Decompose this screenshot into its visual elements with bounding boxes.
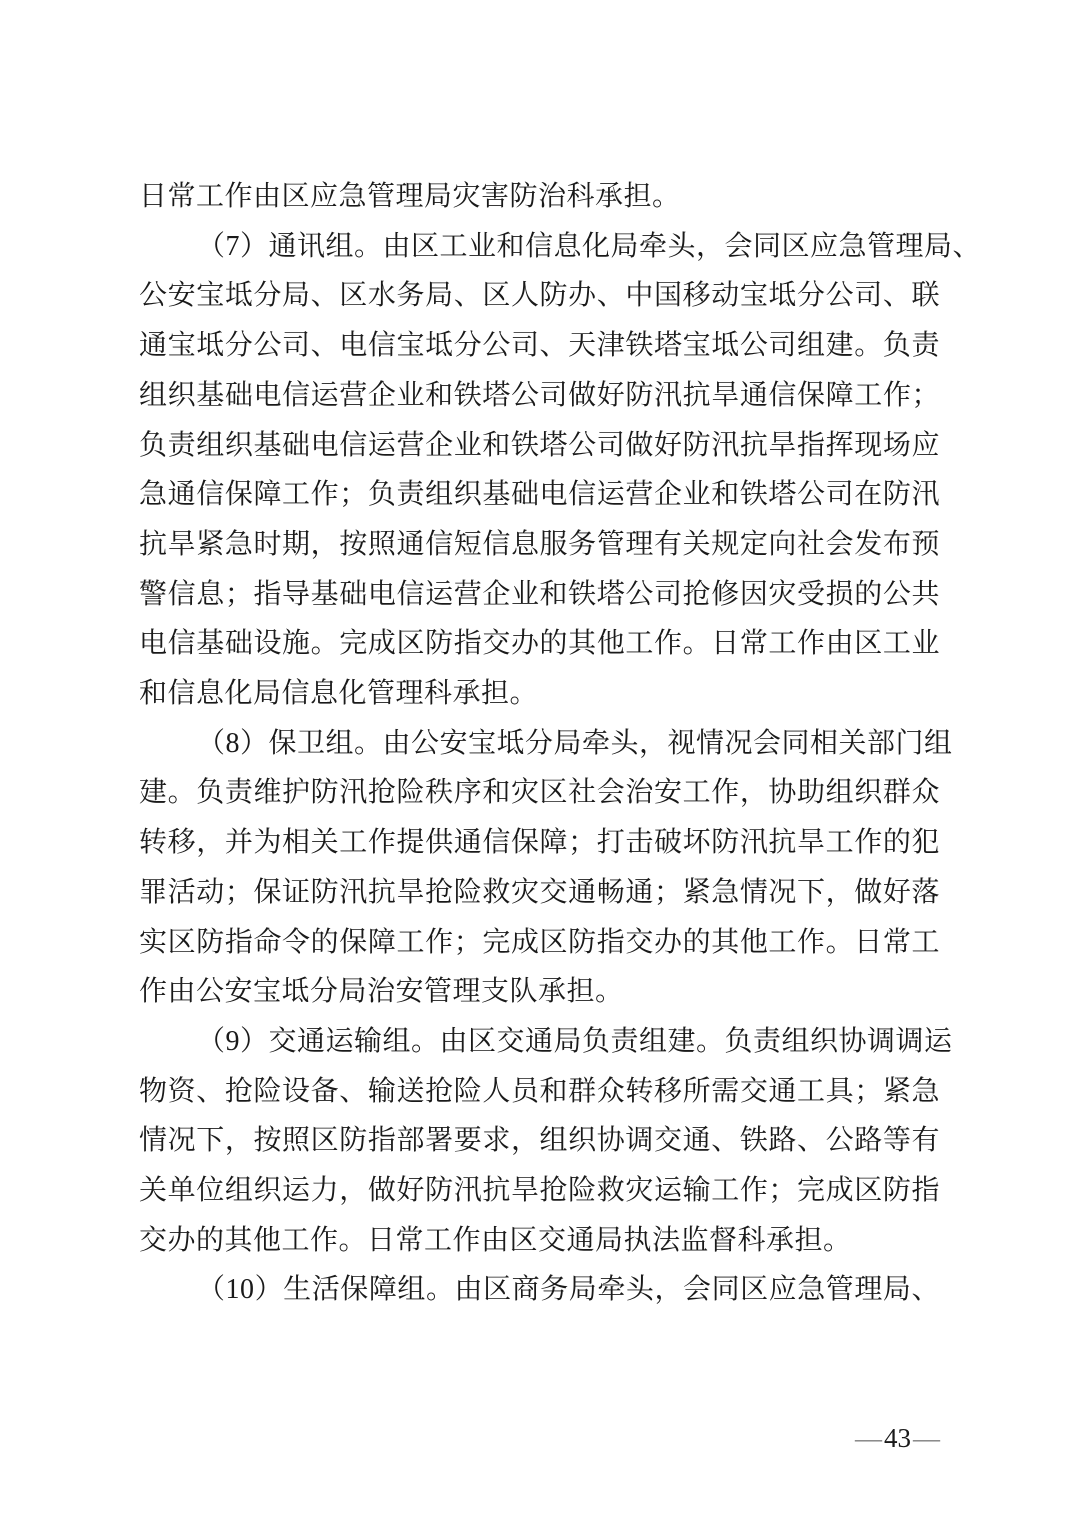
document-page: 日常工作由区应急管理局灾害防治科承担。 （7）通讯组。由区工业和信息化局牵头，会… [0, 0, 1074, 1520]
text-line: 抗旱紧急时期，按照通信短信息服务管理有关规定向社会发布预 [139, 520, 940, 570]
text-line: 急通信保障工作；负责组织基础电信运营企业和铁塔公司在防汛 [139, 470, 940, 520]
text-line: 日常工作由区应急管理局灾害防治科承担。 [139, 172, 940, 222]
text-line: （9）交通运输组。由区交通局负责组建。负责组织协调调运 [139, 1017, 940, 1067]
text-line: 罪活动；保证防汛抗旱抢险救灾交通畅通；紧急情况下，做好落 [139, 868, 940, 918]
text-line: 交办的其他工作。日常工作由区交通局执法监督科承担。 [139, 1216, 940, 1266]
text-line: （7）通讯组。由区工业和信息化局牵头，会同区应急管理局、 [139, 222, 940, 272]
text-line: 电信基础设施。完成区防指交办的其他工作。日常工作由区工业 [139, 619, 940, 669]
text-line: 作由公安宝坻分局治安管理支队承担。 [139, 967, 940, 1017]
text-line: （8）保卫组。由公安宝坻分局牵头，视情况会同相关部门组 [139, 719, 940, 769]
text-line: 物资、抢险设备、输送抢险人员和群众转移所需交通工具；紧急 [139, 1067, 940, 1117]
text-line: 警信息；指导基础电信运营企业和铁塔公司抢修因灾受损的公共 [139, 570, 940, 620]
text-line: 组织基础电信运营企业和铁塔公司做好防汛抗旱通信保障工作； [139, 371, 940, 421]
text-line: 负责组织基础电信运营企业和铁塔公司做好防汛抗旱指挥现场应 [139, 421, 940, 471]
text-line: 实区防指命令的保障工作；完成区防指交办的其他工作。日常工 [139, 918, 940, 968]
text-line: 公安宝坻分局、区水务局、区人防办、中国移动宝坻分公司、联 [139, 271, 940, 321]
document-body: 日常工作由区应急管理局灾害防治科承担。 （7）通讯组。由区工业和信息化局牵头，会… [139, 172, 940, 1315]
text-line: 转移，并为相关工作提供通信保障；打击破坏防汛抗旱工作的犯 [139, 818, 940, 868]
text-line: 建。负责维护防汛抢险秩序和灾区社会治安工作，协助组织群众 [139, 768, 940, 818]
text-line: 通宝坻分公司、电信宝坻分公司、天津铁塔宝坻公司组建。负责 [139, 321, 940, 371]
text-line: 和信息化局信息化管理科承担。 [139, 669, 940, 719]
page-number: 43 [882, 1423, 913, 1453]
text-line: 关单位组织运力，做好防汛抗旱抢险救灾运输工作；完成区防指 [139, 1166, 940, 1216]
text-line: 情况下，按照区防指部署要求，组织协调交通、铁路、公路等有 [139, 1116, 940, 1166]
page-footer: —43— [0, 1421, 1074, 1455]
text-line: （10）生活保障组。由区商务局牵头，会同区应急管理局、 [139, 1265, 940, 1315]
page-number-dash-right: — [913, 1423, 940, 1453]
page-number-dash-left: — [855, 1423, 882, 1453]
